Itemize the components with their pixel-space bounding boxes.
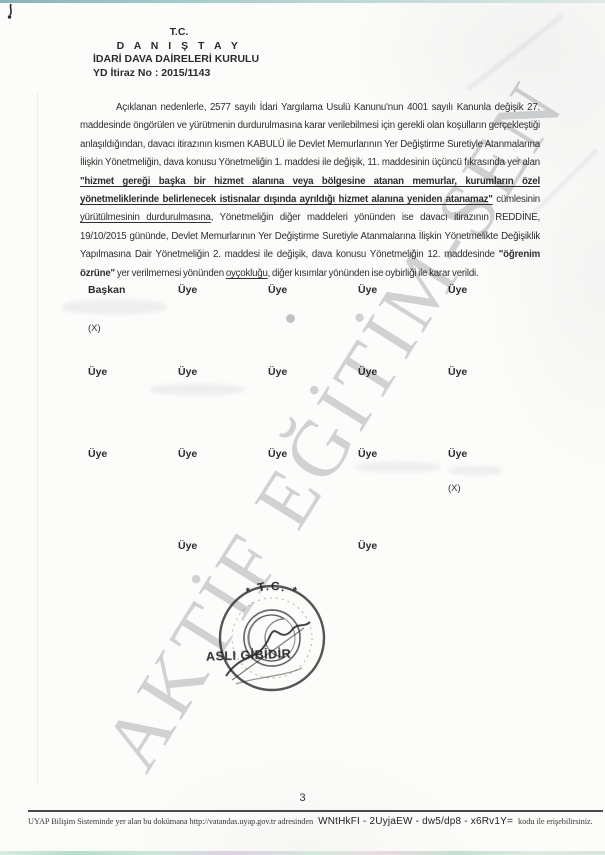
signature-member-label: Üye <box>178 540 268 552</box>
scanned-page: AKTİF EĞİTİM-SEN T.C. D A N I Ş T A Y İD… <box>0 0 605 855</box>
header-court: D A N I Ş T A Y <box>93 40 265 54</box>
signature-empty-cell <box>448 540 538 552</box>
signature-member-label: Üye <box>358 366 448 378</box>
signature-member-label: Üye <box>268 284 358 296</box>
signature-member-label: Üye <box>178 366 268 378</box>
certification-stamp: * T.C. * ASLI GİBİDİR <box>206 572 338 704</box>
paragraph-segment: yürütülmesinin durdurulmasına <box>80 212 211 223</box>
scan-fold-line <box>37 92 38 784</box>
scan-edge-top <box>0 0 605 3</box>
signature-president-label: Başkan <box>88 284 178 296</box>
decision-paragraph: Açıklanan nedenlerle, 2577 sayılı İdari … <box>80 99 540 283</box>
signature-empty-cell <box>88 540 178 552</box>
page-number: 3 <box>0 792 605 804</box>
signature-member-label: Üye <box>88 448 178 460</box>
signature-member-label: Üye <box>358 540 448 552</box>
signature-member-label: Üye <box>448 448 538 460</box>
paragraph-segment: cümlesinin <box>493 194 540 205</box>
court-header: T.C. D A N I Ş T A Y İDARİ DAVA DAİRELER… <box>93 26 265 80</box>
pen-mark <box>4 2 20 25</box>
paragraph-segment: oyçokluğu <box>226 268 268 279</box>
signature-member-label: Üye <box>268 366 358 378</box>
header-chamber: İDARİ DAVA DAİRELERİ KURULU <box>93 53 265 67</box>
signature-row: BaşkanÜyeÜyeÜyeÜye <box>88 284 538 296</box>
footer: UYAP Bilişim Sisteminde yer alan bu dokü… <box>28 810 603 827</box>
paragraph-segment: Açıklanan nedenlerle, 2577 sayılı İdari … <box>80 102 540 168</box>
paragraph-segment: "hizmet gereği başka bir hizmet alanına … <box>80 176 540 205</box>
footer-access-code: WNtHkFI - 2UyjaEW - dw5/dp8 - x6Rv1Y= <box>318 816 513 827</box>
signature-member-label: Üye <box>358 284 448 296</box>
signature-member-label: Üye <box>448 366 538 378</box>
paragraph-segment: yer verilmemesi yönünden <box>115 268 226 279</box>
footer-prefix: UYAP Bilişim Sisteminde yer alan bu dokü… <box>28 817 313 826</box>
signature-member-label: Üye <box>178 448 268 460</box>
signature-empty-cell <box>268 540 358 552</box>
header-case-no: YD İtiraz No : 2015/1143 <box>93 67 265 81</box>
signature-member-label: Üye <box>358 448 448 460</box>
header-republic: T.C. <box>93 26 265 40</box>
stamp-graphic: * T.C. * <box>206 572 338 704</box>
dissent-mark: (X) <box>448 483 461 494</box>
signature-member-label: Üye <box>448 284 538 296</box>
signature-row: ÜyeÜyeÜyeÜyeÜye <box>88 366 538 378</box>
footer-suffix: kodu ile erişebilirsiniz. <box>518 817 593 826</box>
signature-member-label: Üye <box>268 448 358 460</box>
signature-block: (X) (X) BaşkanÜyeÜyeÜyeÜyeÜyeÜyeÜyeÜyeÜy… <box>88 284 558 584</box>
paragraph-segment: , diğer kısımlar yönünden ise oybirliği … <box>268 268 479 279</box>
signature-member-label: Üye <box>88 366 178 378</box>
signature-row: ÜyeÜye <box>88 540 538 552</box>
signature-row: ÜyeÜyeÜyeÜyeÜye <box>88 448 538 460</box>
scan-edge-bottom <box>0 851 605 855</box>
dissent-mark: (X) <box>88 323 101 334</box>
signature-member-label: Üye <box>178 284 268 296</box>
